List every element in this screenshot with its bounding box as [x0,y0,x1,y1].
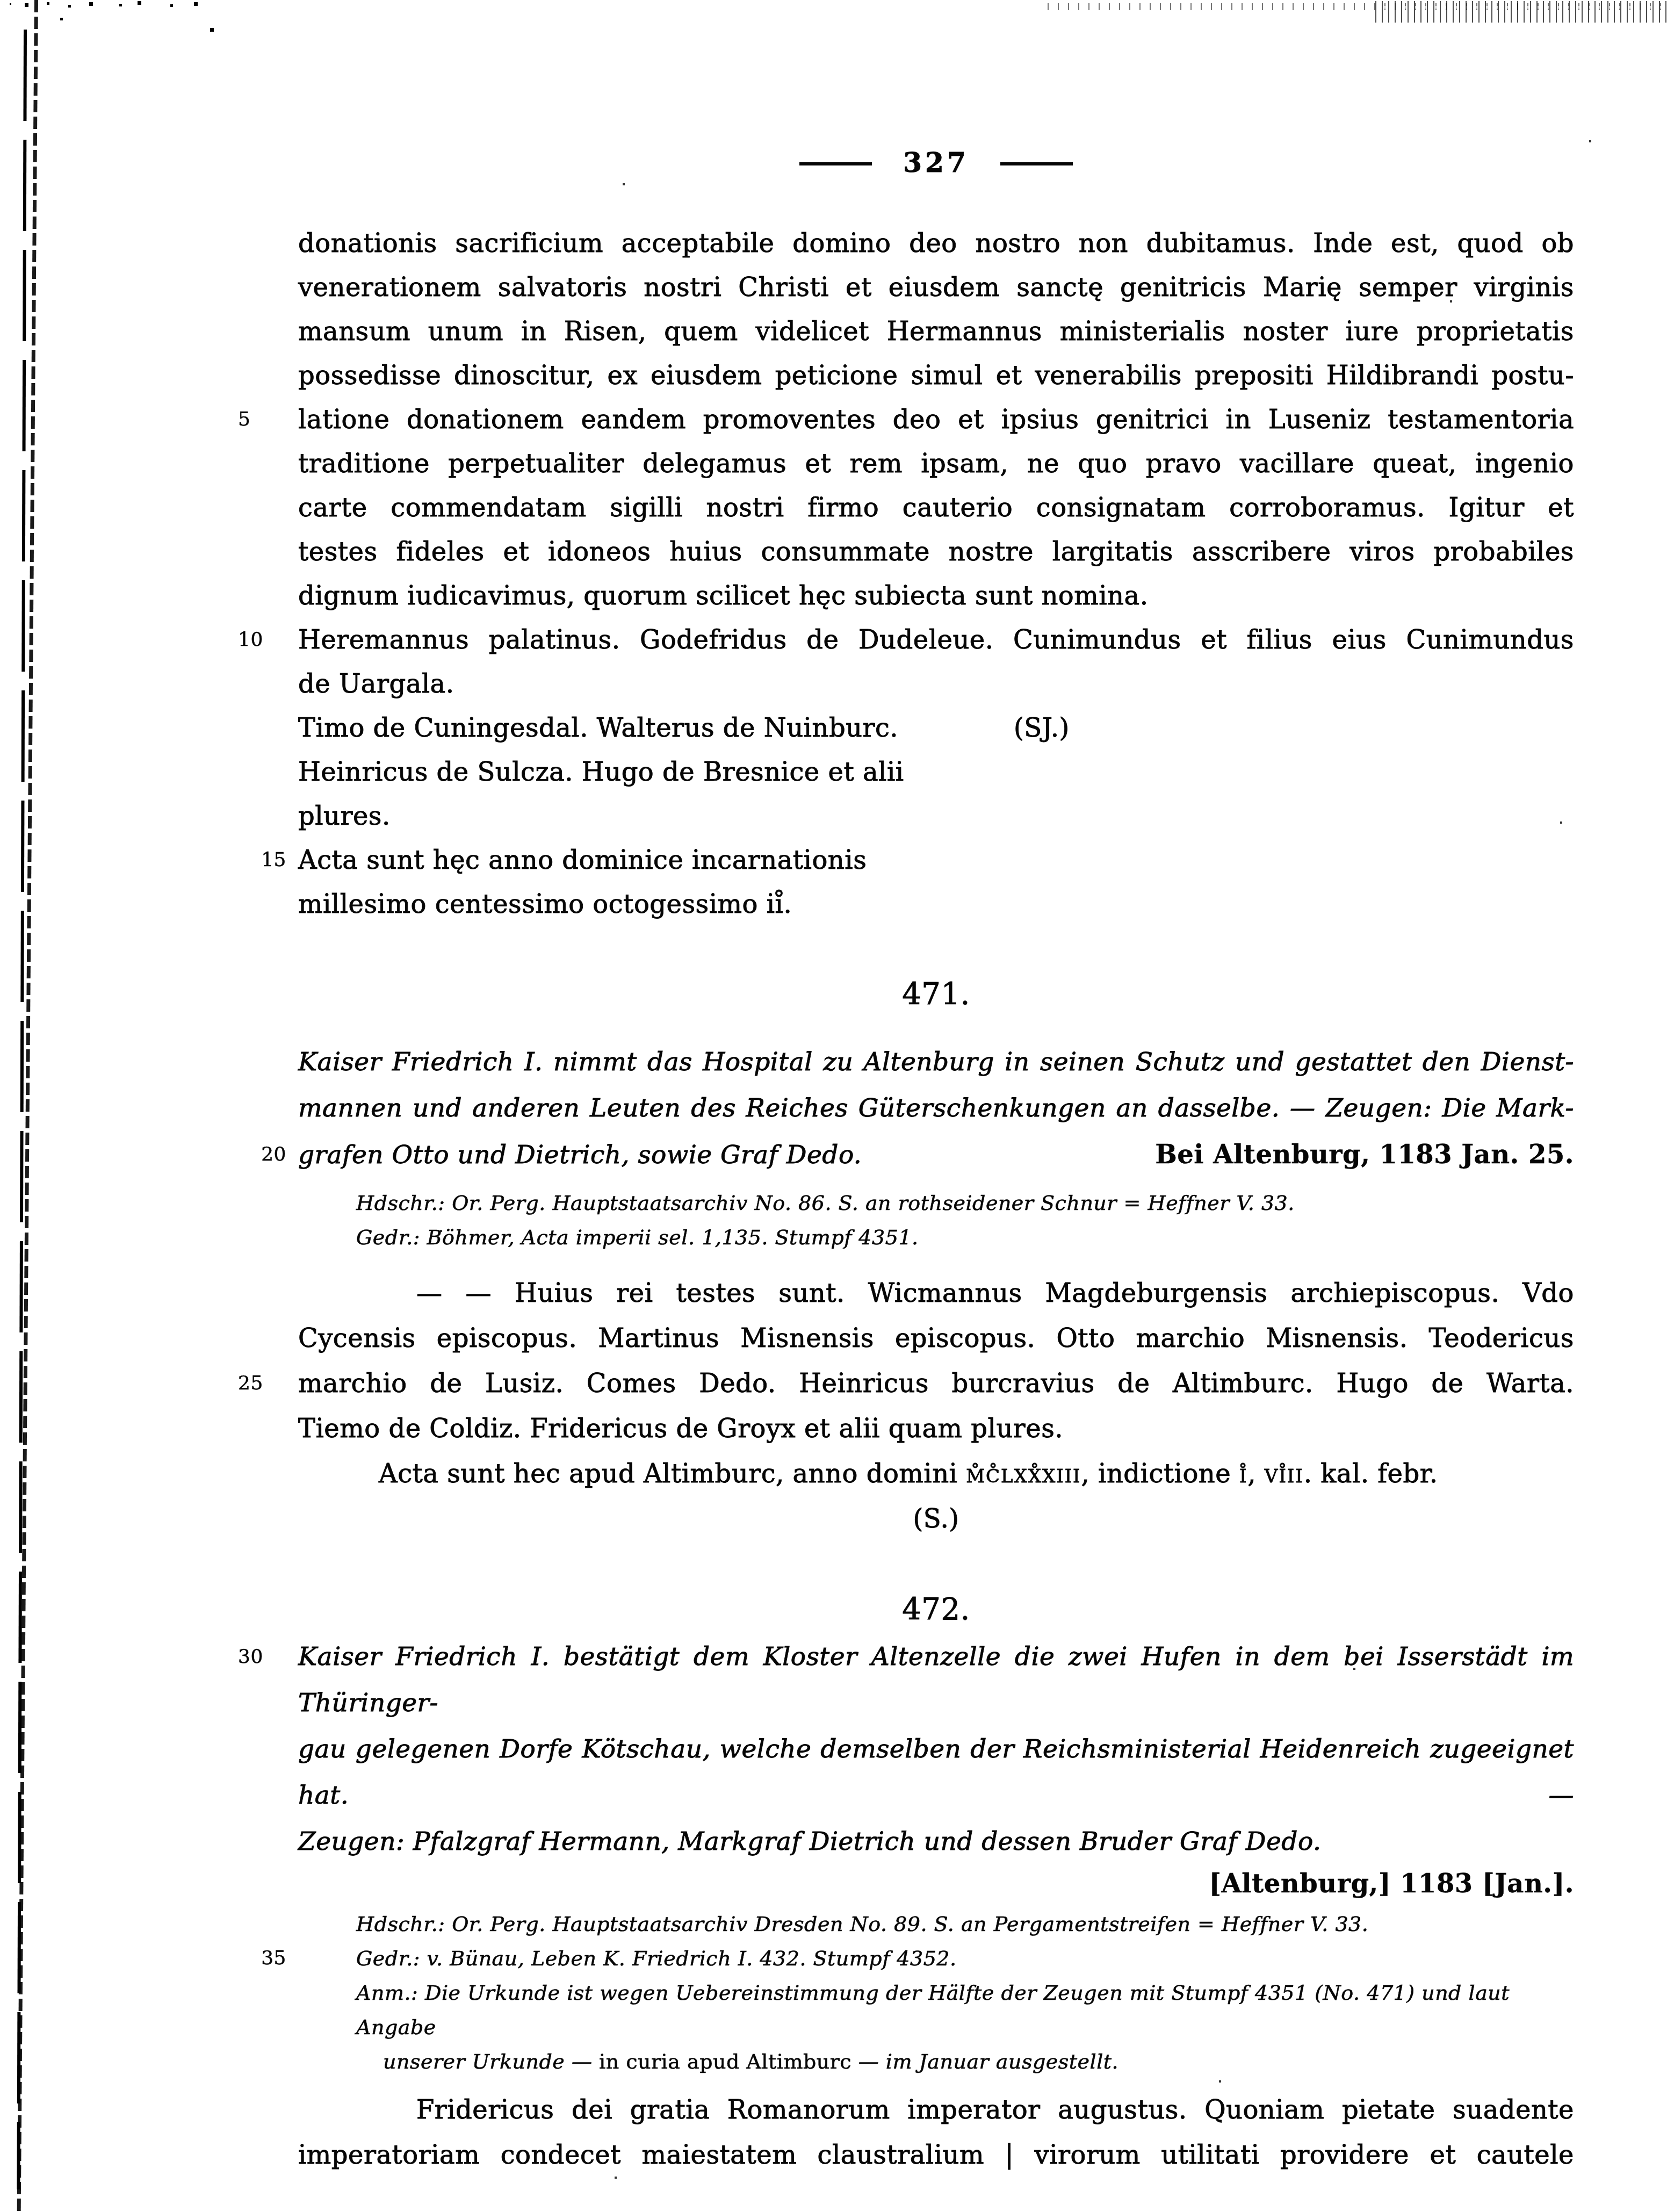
source-line-content: Gedr.: Böhmer, Acta imperii sel. 1,135. … [356,1226,919,1249]
charter-471-regest: Kaiser Friedrich I. nimmt das Hospital z… [298,1039,1574,1178]
source-line-anm: Anm.: Die Urkunde ist wegen Uebereinstim… [298,1976,1574,2044]
text-line: 25 marchio de Lusiz. Comes Dedo. Heinric… [298,1361,1574,1406]
roman-numeral-year: m̊c̊lxx̊xiii [966,1459,1081,1489]
text-line: millesimo centessimo octogessimo ii̊. [298,882,1574,926]
text-line: venerationem salvatoris nostri Christi e… [298,265,1574,309]
header-rule-left [799,162,872,165]
regest-line-content: Kaiser Friedrich I. nimmt das Hospital z… [298,1047,1574,1077]
text-line: dignum iudicavimus, quorum scilicet hęc … [298,574,1574,618]
text-line-content: donationis sacrificium acceptabile domin… [298,228,1574,258]
charter-472-date: [Altenburg,] 1183 [Jan.]. [1209,1869,1574,1899]
latin-quote: in curia apud Altimburc [599,2050,851,2073]
text-line-content: millesimo centessimo octogessimo ii̊. [298,889,792,919]
source-line-content: Hdschr.: Or. Perg. Hauptstaatsarchiv Dre… [356,1912,1368,1936]
text-line-content: Acta sunt hęc anno dominice incarnationi… [298,845,867,875]
text-line: mansum unum in Risen, quem videlicet Her… [298,309,1574,354]
seal-mark: (S.) [298,1496,1574,1541]
page-header: 327 [298,141,1574,184]
text-line: Tiemo de Coldiz. Fridericus de Groyx et … [298,1406,1574,1451]
regest-line: 20 grafen Otto und Dietrich, sowie Graf … [298,1132,1574,1178]
charter-470-text: donationis sacrificium acceptabile domin… [298,221,1574,926]
charter-471-text: — — Huius rei testes sunt. Wicmannus Mag… [298,1271,1574,1541]
margin-line-number: 15 [238,838,286,882]
charter-471-number: 471. [298,970,1574,1019]
text-line-content: Tiemo de Coldiz. Fridericus de Groyx et … [298,1414,1063,1444]
roman-numeral-kalends: vi̊ii [1265,1459,1304,1489]
charter-471-date: Bei Altenburg, 1183 Jan. 25. [1155,1132,1574,1178]
text-line: carte commendatam sigilli nostri firmo c… [298,486,1574,530]
margin-line-number: 20 [238,1132,286,1178]
margin-line-number: 5 [238,398,286,442]
roman-numeral-indiction: i̊ [1239,1459,1247,1489]
text-line-content: dignum iudicavimus, quorum scilicet hęc … [298,581,1148,611]
margin-line-number: 30 [238,1634,286,1680]
text-line: — — Huius rei testes sunt. Wicmannus Mag… [298,1271,1574,1316]
margin-line-number: 10 [238,618,286,662]
text-line: plures. [298,794,1574,838]
source-line-content: — im Januar ausgestellt. [851,2050,1118,2073]
source-line-gedr: 35 Gedr.: v. Bünau, Leben K. Friedrich I… [298,1941,1574,1976]
charter-472-regest: 30 Kaiser Friedrich I. bestätigt dem Klo… [298,1634,1574,1903]
text-line-content: marchio de Lusiz. Comes Dedo. Heinricus … [298,1368,1574,1399]
text-line-content: carte commendatam sigilli nostri firmo c… [298,493,1574,523]
text-line-content: Heremannus palatinus. Godefridus de Dude… [298,625,1574,655]
regest-line: 30 Kaiser Friedrich I. bestätigt dem Klo… [298,1634,1574,1726]
source-line-content: Hdschr.: Or. Perg. Hauptstaatsarchiv No.… [356,1191,1295,1215]
text-line-content: testes fideles et idoneos huius consumma… [298,537,1574,567]
text-line-content: possedisse dinoscitur, ex eiusdem petici… [298,361,1574,391]
text-line-content: plures. [298,801,391,831]
text-line-content: mansum unum in Risen, quem videlicet Her… [298,316,1574,347]
seal-mark-content: (S.) [913,1504,959,1534]
text-line-content: . kal. febr. [1304,1459,1438,1489]
text-line: Fridericus dei gratia Romanorum imperato… [298,2087,1574,2132]
margin-line-number: 25 [238,1361,286,1406]
text-line-content: Heinricus de Sulcza. Hugo de Bresnice et… [298,757,904,787]
text-line-content: , [1247,1459,1265,1489]
text-line-content: imperatoriam condecet maiestatem claustr… [298,2140,1574,2170]
text-line-content: latione donationem eandem promoventes de… [298,405,1574,435]
source-line-gedr: Gedr.: Böhmer, Acta imperii sel. 1,135. … [298,1220,1574,1255]
text-line-content: de Uargala. [298,669,454,699]
charter-472-sources: Hdschr.: Or. Perg. Hauptstaatsarchiv Dre… [298,1907,1574,2079]
regest-line: Kaiser Friedrich I. nimmt das Hospital z… [298,1039,1574,1085]
text-line: traditione perpetualiter delegamus et re… [298,442,1574,486]
text-line-content: traditione perpetualiter delegamus et re… [298,449,1574,479]
text-line-content: venerationem salvatoris nostri Christi e… [298,272,1574,302]
regest-line-content: mannen und anderen Leuten des Reiches Gü… [298,1093,1574,1123]
header-rule-right [1000,162,1073,165]
text-line: donationis sacrificium acceptabile domin… [298,221,1574,265]
text-line: Heinricus de Sulcza. Hugo de Bresnice et… [298,750,1574,794]
source-line-content: Anm.: Die Urkunde ist wegen Uebereinstim… [356,1981,1510,2039]
charter-472-number: 472. [298,1586,1574,1634]
regest-line-content: grafen Otto und Dietrich, sowie Graf Ded… [298,1132,862,1178]
source-line-content: Gedr.: v. Bünau, Leben K. Friedrich I. 4… [356,1947,957,1970]
text-line: Cycensis episcopus. Martinus Misnensis e… [298,1316,1574,1361]
text-line: possedisse dinoscitur, ex eiusdem petici… [298,354,1574,398]
text-line-content: — — Huius rei testes sunt. Wicmannus Mag… [416,1278,1574,1308]
text-line: Timo de Cuningesdal. Walterus de Nuinbur… [298,706,1574,750]
text-line-content: Timo de Cuningesdal. Walterus de Nuinbur… [298,713,898,743]
text-line: 15 Acta sunt hęc anno dominice incarnati… [298,838,1574,882]
source-line-hdschr: Hdschr.: Or. Perg. Hauptstaatsarchiv No.… [298,1186,1574,1220]
text-line: 10 Heremannus palatinus. Godefridus de D… [298,618,1574,662]
margin-line-number: 35 [238,1941,286,1976]
regest-line-content: Zeugen: Pfalzgraf Hermann, Markgraf Diet… [298,1827,1321,1856]
regest-line-content: gau gelegenen Dorfe Kötschau, welche dem… [298,1734,1574,1810]
text-line: 5 latione donationem eandem promoventes … [298,398,1574,442]
charter-472-text: Fridericus dei gratia Romanorum imperato… [298,2087,1574,2178]
text-column: 327 donationis sacrificium acceptabile d… [298,0,1574,2178]
scan-noise-top-left [10,3,11,5]
scan-noise-specks [0,0,1,1]
text-line: imperatoriam condecet maiestatem claustr… [298,2132,1574,2178]
text-line: testes fideles et idoneos huius consumma… [298,530,1574,574]
page-number: 327 [903,147,969,178]
source-line-content: unserer Urkunde — [383,2050,599,2073]
regest-line-content: Kaiser Friedrich I. bestätigt dem Kloste… [298,1642,1574,1718]
regest-line: gau gelegenen Dorfe Kötschau, welche dem… [298,1726,1574,1819]
text-line: de Uargala. [298,662,1574,706]
source-line-anm-continuation: unserer Urkunde — in curia apud Altimbur… [298,2044,1574,2079]
text-line-content: , indictione [1081,1459,1239,1489]
regest-line: mannen und anderen Leuten des Reiches Gü… [298,1085,1574,1132]
text-line-content: Cycensis episcopus. Martinus Misnensis e… [298,1323,1574,1353]
charter-472-date-line: [Altenburg,] 1183 [Jan.]. [298,1865,1574,1903]
source-line-hdschr: Hdschr.: Or. Perg. Hauptstaatsarchiv Dre… [298,1907,1574,1941]
scanned-book-page: 327 donationis sacrificium acceptabile d… [0,0,1667,2212]
text-line-content: Fridericus dei gratia Romanorum imperato… [416,2095,1574,2125]
text-line-datatio: Acta sunt hec apud Altimburc, anno domin… [298,1451,1574,1496]
seal-note: (SJ.) [1014,713,1070,743]
text-line-content: Acta sunt hec apud Altimburc, anno domin… [379,1459,966,1489]
charter-471-sources: Hdschr.: Or. Perg. Hauptstaatsarchiv No.… [298,1186,1574,1255]
regest-line: Zeugen: Pfalzgraf Hermann, Markgraf Diet… [298,1819,1574,1865]
